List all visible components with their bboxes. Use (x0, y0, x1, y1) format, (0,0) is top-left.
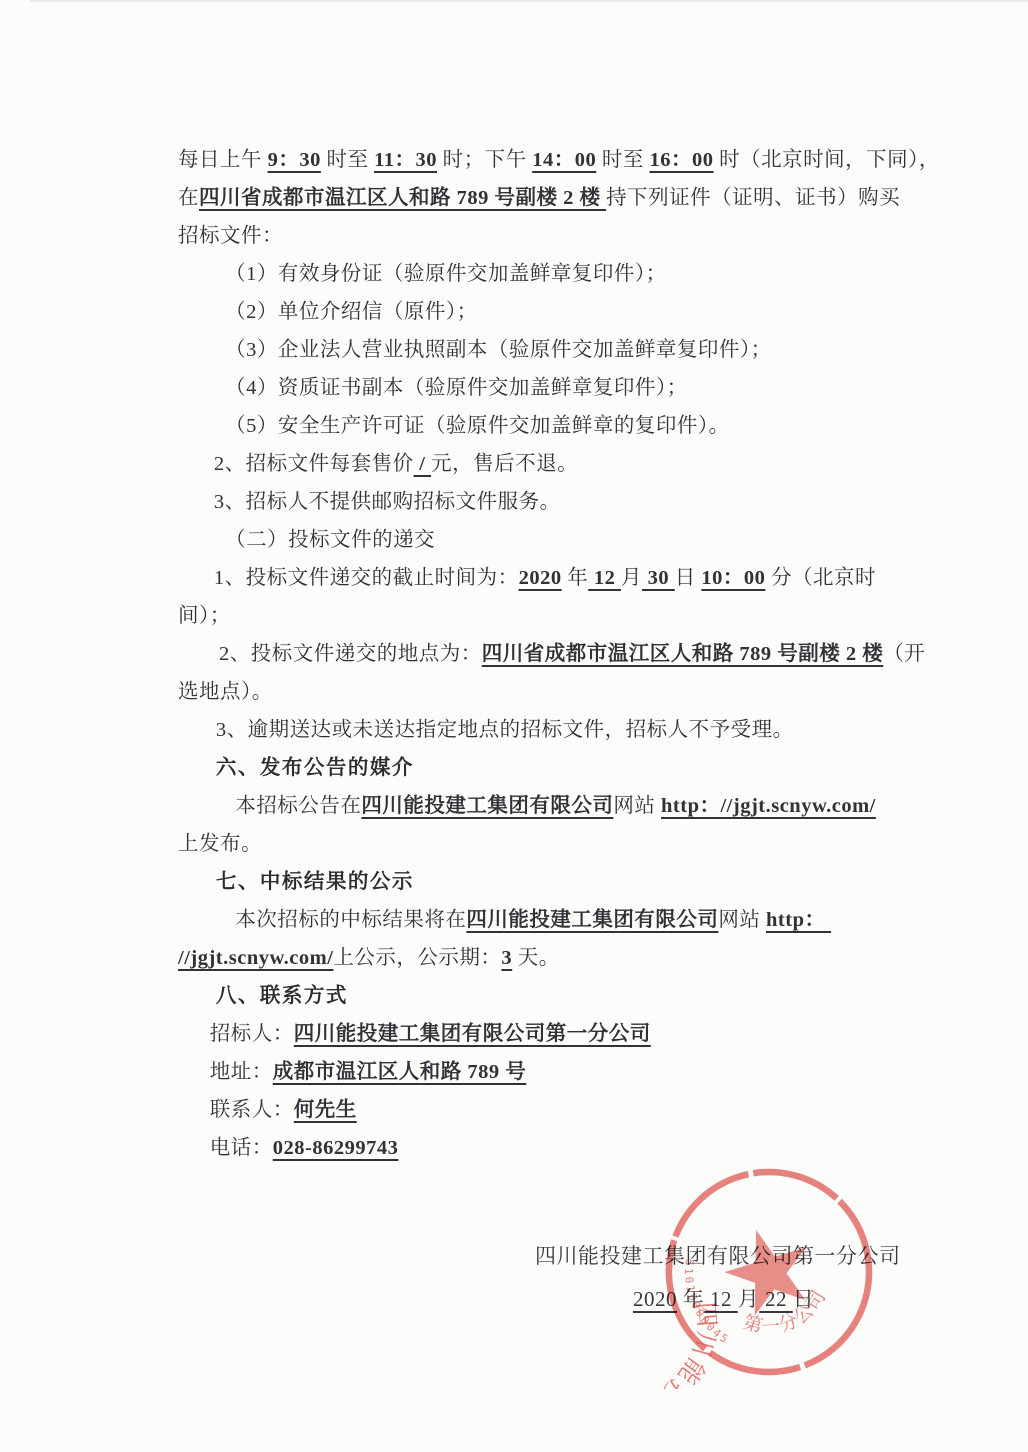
text-segment: 3 (501, 947, 512, 969)
document-body: 每日上午 9：30 时至 11：30 时；下午 14：00 时至 16：00 时… (178, 141, 903, 1167)
text-segment: 六、发布公告的媒介 (216, 756, 414, 779)
text-line: //jgjt.scnyw.com/上公示，公示期：3 天。 (178, 939, 903, 977)
text-line: 联系人：何先生 (178, 1091, 903, 1129)
text-segment: （开 (883, 643, 925, 665)
text-segment: 14：00 (532, 149, 596, 171)
text-segment: 天。 (512, 947, 560, 969)
text-segment: 1、投标文件递交的截止时间为： (214, 567, 519, 589)
text-segment: 七、中标结果的公示 (216, 870, 414, 893)
text-segment: 028-86299743 (273, 1137, 399, 1159)
text-line: 本招标公告在四川能投建工集团有限公司网站 http：//jgjt.scnyw.c… (178, 787, 903, 825)
text-line: 在四川省成都市温江区人和路 789 号副楼 2 楼 持下列证件（证明、证书）购买 (178, 179, 903, 217)
text-line: 1、投标文件递交的截止时间为：2020 年 12 月 30 日 10：00 分（… (178, 559, 903, 597)
text-segment: http：//jgjt.scnyw.com/ (661, 795, 876, 817)
section-heading: 七、中标结果的公示 (178, 863, 903, 901)
text-segment: 时至 (321, 149, 374, 171)
scan-artifact-line (30, 0, 1028, 2)
text-segment: 何先生 (294, 1099, 357, 1121)
text-segment: 网站 (613, 795, 661, 817)
text-segment: 月 (621, 567, 642, 589)
text-line: 2、投标文件递交的地点为：四川省成都市温江区人和路 789 号副楼 2 楼（开 (178, 635, 903, 673)
text-line: 3、逾期送达或未送达指定地点的招标文件，招标人不予受理。 (178, 711, 903, 749)
text-line: 招标人：四川能投建工集团有限公司第一分公司 (178, 1015, 903, 1053)
text-segment: 四川能投建工集团有限公司 (466, 909, 718, 931)
text-segment: 元，售后不退。 (431, 453, 578, 475)
text-segment: 10：00 (701, 567, 765, 589)
text-segment: 每日上午 (178, 149, 268, 171)
text-segment: 时至 (596, 149, 649, 171)
company-seal: 四川能投建工集团有限公司 第一分公司 51010000045 (652, 1155, 886, 1389)
text-segment: （3）企业法人营业执照副本（验原件交加盖鲜章复印件）； (225, 339, 772, 361)
text-segment: //jgjt.scnyw.com/ (178, 947, 333, 969)
scanned-document-page: 每日上午 9：30 时至 11：30 时；下午 14：00 时至 16：00 时… (0, 0, 1028, 1452)
text-segment: 上公示，公示期： (333, 947, 501, 969)
text-segment: 12 (588, 567, 621, 589)
text-segment: （5）安全生产许可证（验原件交加盖鲜章的复印件）。 (225, 415, 730, 437)
text-line: （4）资质证书副本（验原件交加盖鲜章复印件）； (178, 369, 903, 407)
text-segment: 30 (642, 567, 675, 589)
text-segment: 选地点）。 (178, 681, 273, 703)
text-line: 间）； (178, 597, 903, 635)
text-line: （2）单位介绍信（原件）； (178, 293, 903, 331)
text-line: 2、招标文件每套售价 / 元，售后不退。 (178, 445, 903, 483)
text-segment: 成都市温江区人和路 789 号 (273, 1061, 527, 1083)
text-line: 招标文件： (178, 217, 903, 255)
text-line: （1）有效身份证（验原件交加盖鲜章复印件）； (178, 255, 903, 293)
text-segment: 本次招标的中标结果将在 (235, 909, 466, 931)
text-line: 选地点）。 (178, 673, 903, 711)
text-segment: 招标文件： (178, 225, 283, 247)
text-segment: （4）资质证书副本（验原件交加盖鲜章复印件）； (225, 377, 688, 399)
text-segment: 持下列证件（证明、证书）购买 (606, 187, 900, 209)
text-line: 地址：成都市温江区人和路 789 号 (178, 1053, 903, 1091)
text-line: （3）企业法人营业执照副本（验原件交加盖鲜章复印件）； (178, 331, 903, 369)
text-segment: 在 (178, 187, 199, 209)
text-segment: 2、投标文件递交的地点为： (219, 643, 482, 665)
text-segment: 2020 (519, 567, 562, 589)
text-segment: （二）投标文件的递交 (225, 529, 435, 551)
text-line: 3、招标人不提供邮购招标文件服务。 (178, 483, 903, 521)
text-segment: 时；下午 (437, 149, 532, 171)
text-segment: 四川能投建工集团有限公司 (361, 795, 613, 817)
text-segment: 3、招标人不提供邮购招标文件服务。 (214, 491, 561, 513)
section-heading: 八、联系方式 (178, 977, 903, 1015)
section-heading: 六、发布公告的媒介 (178, 749, 903, 787)
text-segment: 16：00 (650, 149, 714, 171)
text-segment: 本招标公告在 (235, 795, 361, 817)
text-segment: 11：30 (374, 149, 437, 171)
text-segment: 八、联系方式 (216, 984, 348, 1007)
text-segment: 时（北京时间，下同）， (714, 149, 940, 171)
text-segment: 年 (562, 567, 589, 589)
text-line: （5）安全生产许可证（验原件交加盖鲜章的复印件）。 (178, 407, 903, 445)
text-segment: 地址： (210, 1061, 273, 1083)
text-segment: 四川省成都市温江区人和路 789 号副楼 2 楼 (199, 187, 606, 209)
text-segment: 网站 (718, 909, 766, 931)
text-segment: （2）单位介绍信（原件）； (225, 301, 478, 323)
text-line: 每日上午 9：30 时至 11：30 时；下午 14：00 时至 16：00 时… (178, 141, 903, 179)
text-segment: 间）； (178, 605, 231, 627)
text-segment: 分（北京时 (765, 567, 876, 589)
text-segment: （1）有效身份证（验原件交加盖鲜章复印件）； (225, 263, 667, 285)
text-segment: 上发布。 (178, 833, 262, 855)
text-segment: 招标人： (210, 1023, 294, 1045)
text-segment: 日 (675, 567, 702, 589)
text-segment: 四川能投建工集团有限公司第一分公司 (294, 1023, 651, 1045)
text-line: 上发布。 (178, 825, 903, 863)
text-line: 本次招标的中标结果将在四川能投建工集团有限公司网站 http： (178, 901, 903, 939)
text-segment: http： (766, 909, 831, 931)
text-segment: 四川省成都市温江区人和路 789 号副楼 2 楼 (482, 643, 884, 665)
text-segment: 3、逾期送达或未送达指定地点的招标文件，招标人不予受理。 (216, 719, 794, 741)
text-segment: / (414, 453, 431, 475)
text-line: （二）投标文件的递交 (178, 521, 903, 559)
text-segment: 2、招标文件每套售价 (214, 453, 414, 475)
text-segment: 联系人： (210, 1099, 294, 1121)
text-segment: 9：30 (268, 149, 321, 171)
text-segment: 电话： (210, 1137, 273, 1159)
